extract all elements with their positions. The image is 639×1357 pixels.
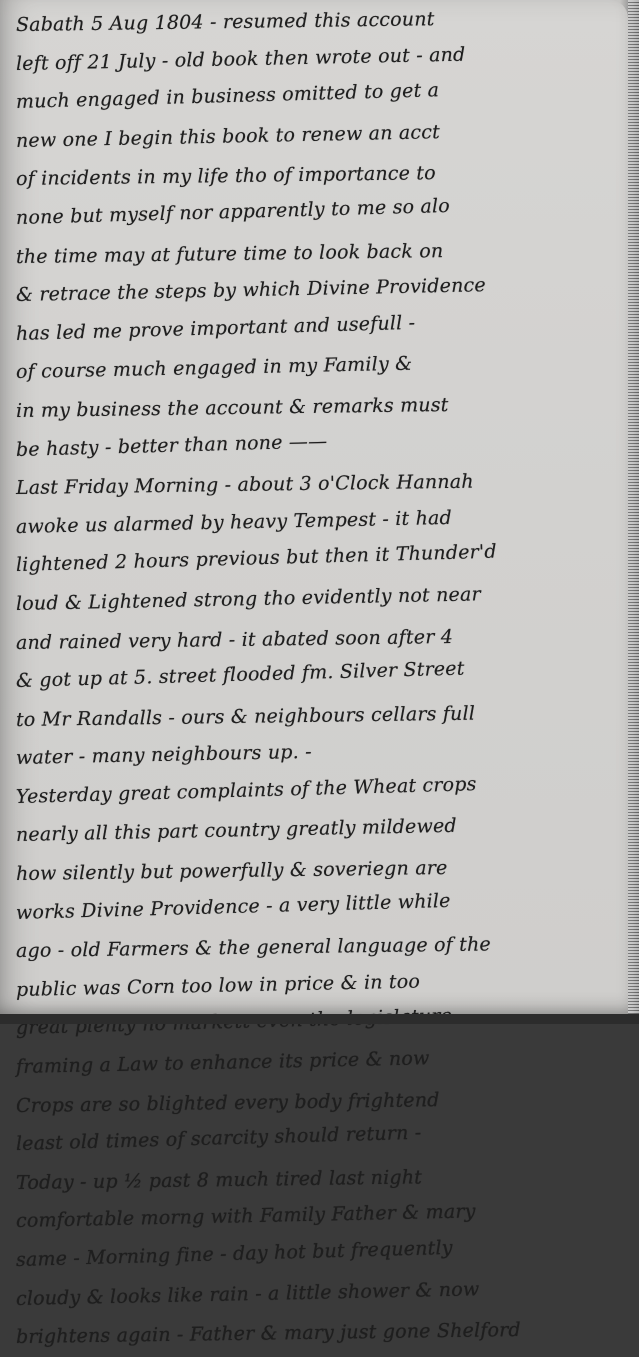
stacked-page-edges: [628, 0, 639, 1024]
photo-frame: Sabath 5 Aug 1804 - resumed this account…: [0, 0, 639, 1024]
book-bottom-edge: [0, 1014, 639, 1024]
handwritten-text: Sabath 5 Aug 1804 - resumed this account…: [16, 6, 628, 1024]
diary-page: Sabath 5 Aug 1804 - resumed this account…: [0, 0, 628, 1014]
